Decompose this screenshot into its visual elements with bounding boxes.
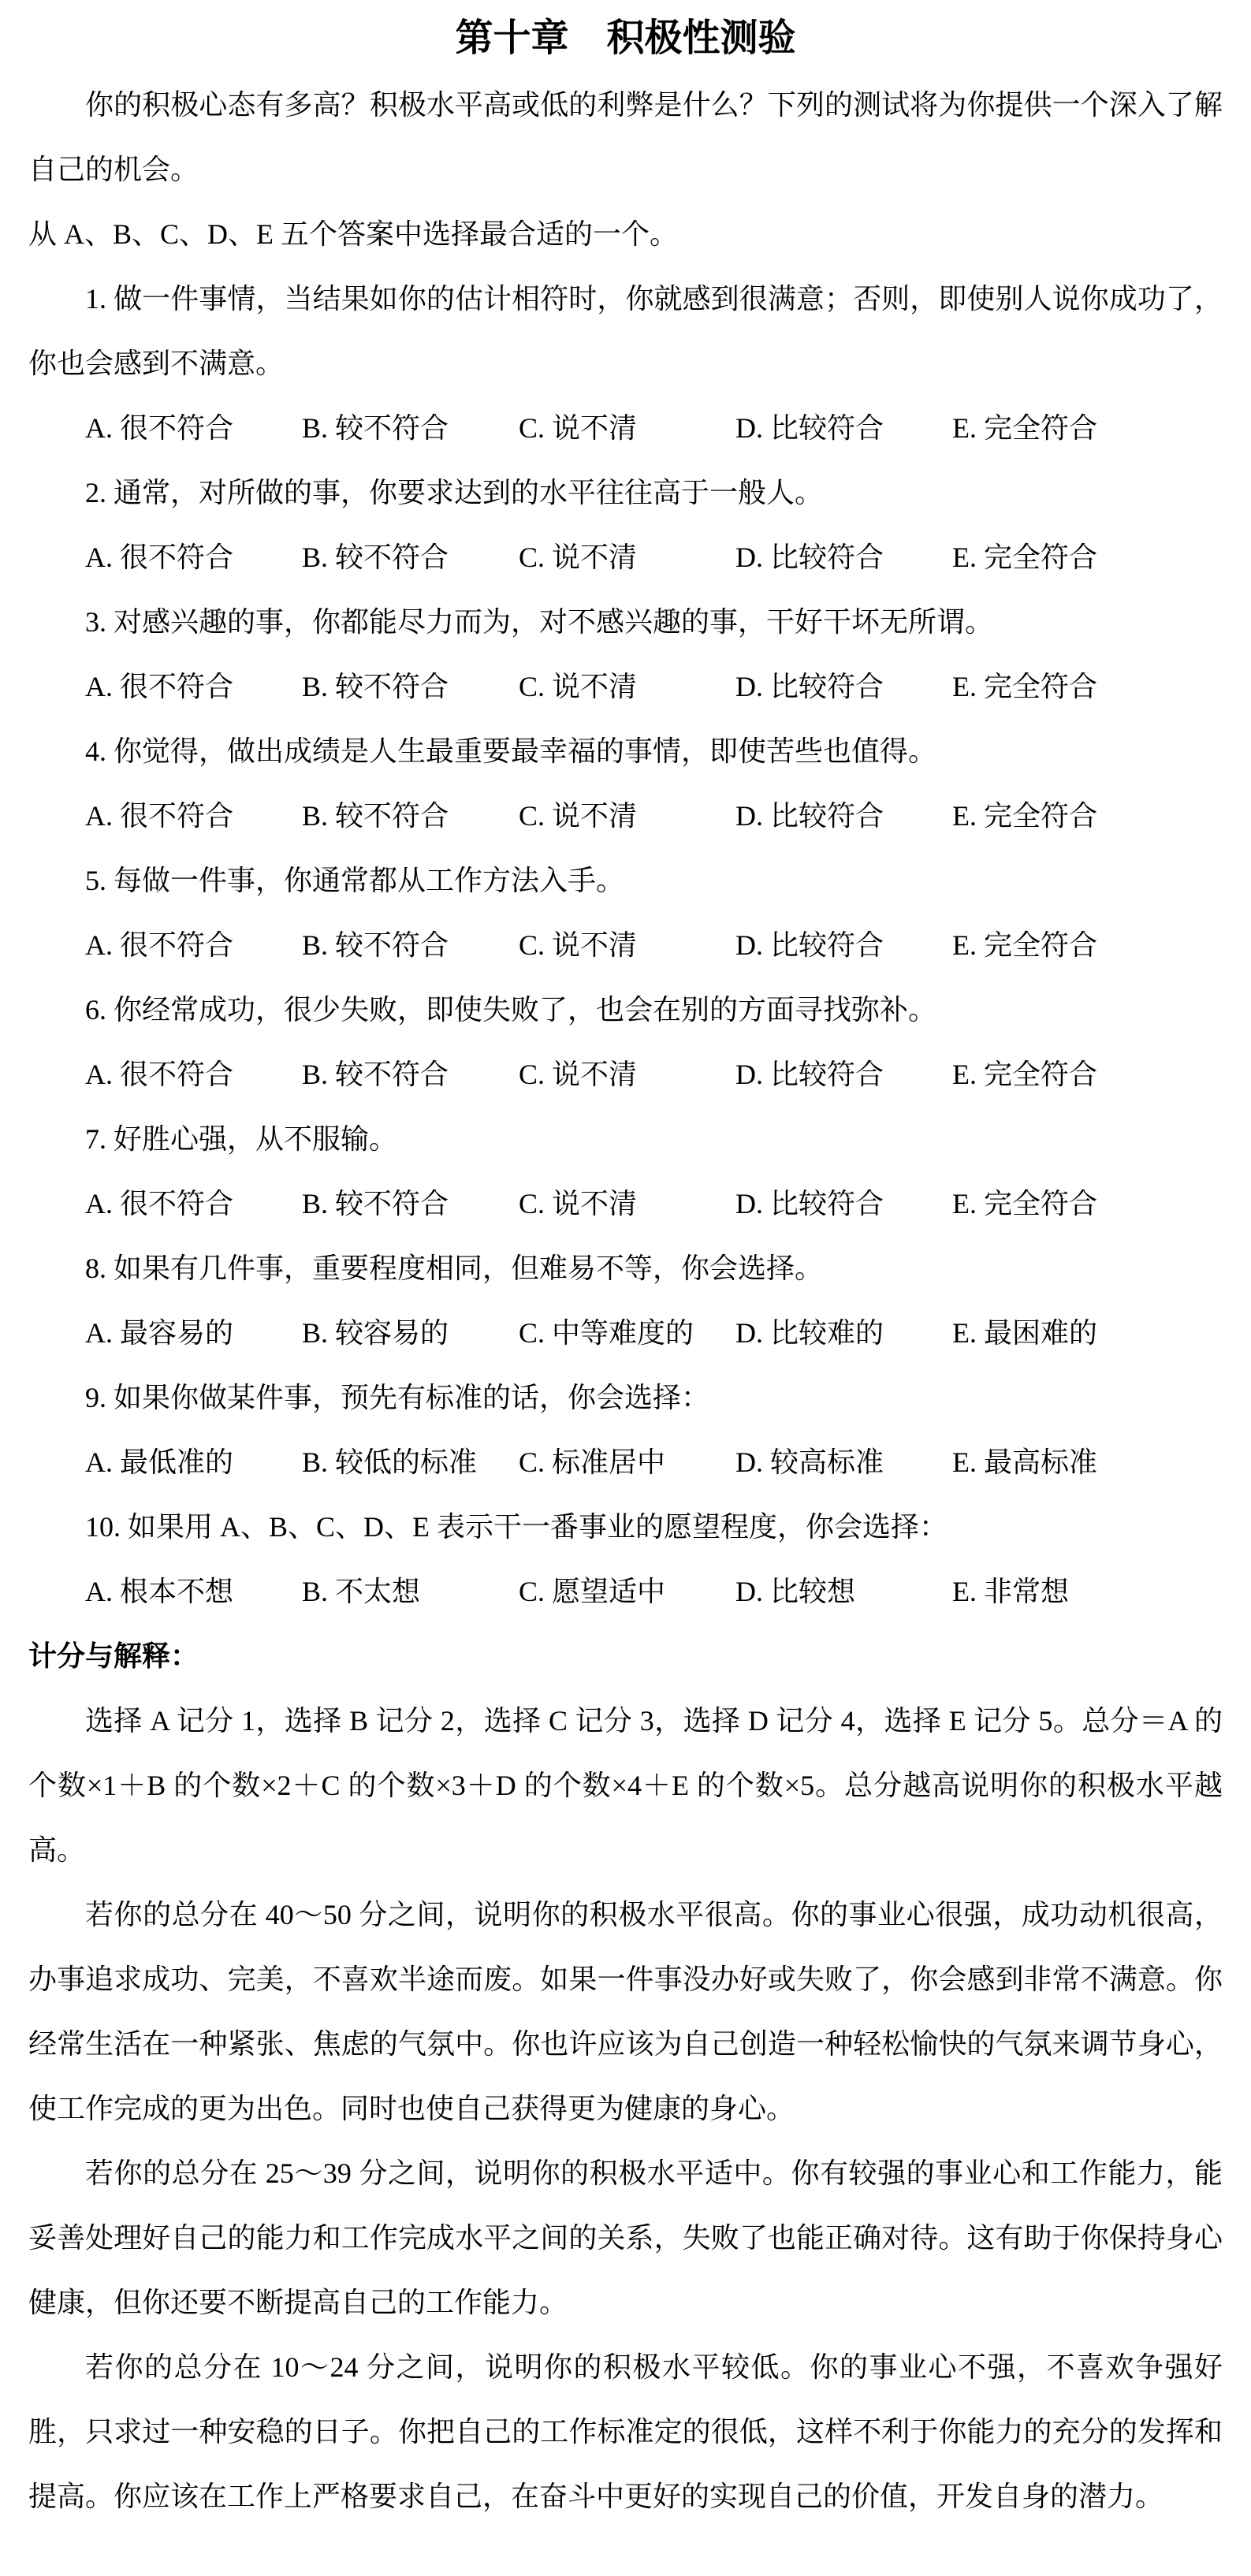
option-a: A. 最低准的: [85, 1430, 302, 1495]
option-a: A. 最容易的: [85, 1301, 302, 1365]
intro-paragraph: 你的积极心态有多高？积极水平高或低的利弊是什么？下列的测试将为你提供一个深入了解…: [28, 73, 1223, 202]
option-e: E. 完全符合: [952, 1171, 1097, 1236]
interpretation-medium-paragraph: 若你的总分在 25～39 分之间，说明你的积极水平适中。你有较强的事业心和工作能…: [28, 2141, 1223, 2335]
option-a: A. 很不符合: [85, 784, 302, 848]
option-a: A. 很不符合: [85, 913, 302, 977]
question-6: 6. 你经常成功，很少失败，即使失败了，也会在别的方面寻找弥补。 A. 很不符合…: [28, 977, 1223, 1107]
option-c: C. 说不清: [519, 654, 735, 719]
question-text: 2. 通常，对所做的事，你要求达到的水平往往高于一般人。: [28, 460, 1223, 525]
question-text: 8. 如果有几件事，重要程度相同，但难易不等，你会选择。: [28, 1236, 1223, 1301]
question-text: 10. 如果用 A、B、C、D、E 表示干一番事业的愿望程度，你会选择：: [28, 1495, 1223, 1559]
option-e: E. 非常想: [952, 1559, 1069, 1624]
option-c: C. 中等难度的: [519, 1301, 735, 1365]
option-c: C. 说不清: [519, 1171, 735, 1236]
option-b: B. 较不符合: [302, 1171, 519, 1236]
option-a: A. 很不符合: [85, 1042, 302, 1107]
option-b: B. 较不符合: [302, 784, 519, 848]
option-a: A. 很不符合: [85, 654, 302, 719]
option-b: B. 不太想: [302, 1559, 519, 1624]
option-b: B. 较容易的: [302, 1301, 519, 1365]
scoring-heading: 计分与解释：: [28, 1624, 1223, 1688]
option-d: D. 比较想: [735, 1559, 952, 1624]
options-row: A. 很不符合B. 较不符合C. 说不清D. 比较符合E. 完全符合: [28, 396, 1223, 460]
question-7: 7. 好胜心强，从不服输。 A. 很不符合B. 较不符合C. 说不清D. 比较符…: [28, 1107, 1223, 1236]
question-text: 6. 你经常成功，很少失败，即使失败了，也会在别的方面寻找弥补。: [28, 977, 1223, 1042]
instruction-line: 从 A、B、C、D、E 五个答案中选择最合适的一个。: [28, 202, 1223, 266]
interpretation-high-paragraph: 若你的总分在 40～50 分之间，说明你的积极水平很高。你的事业心很强，成功动机…: [28, 1882, 1223, 2141]
option-b: B. 较低的标准: [302, 1430, 519, 1495]
option-c: C. 说不清: [519, 525, 735, 590]
option-b: B. 较不符合: [302, 913, 519, 977]
option-a: A. 很不符合: [85, 1171, 302, 1236]
question-text: 7. 好胜心强，从不服输。: [28, 1107, 1223, 1171]
option-e: E. 完全符合: [952, 525, 1097, 590]
chapter-title: 第十章 积极性测验: [28, 5, 1223, 73]
interpretation-low-paragraph: 若你的总分在 10～24 分之间，说明你的积极水平较低。你的事业心不强，不喜欢争…: [28, 2335, 1223, 2529]
option-c: C. 愿望适中: [519, 1559, 735, 1624]
question-8: 8. 如果有几件事，重要程度相同，但难易不等，你会选择。 A. 最容易的B. 较…: [28, 1236, 1223, 1365]
question-text: 4. 你觉得，做出成绩是人生最重要最幸福的事情，即使苦些也值得。: [28, 719, 1223, 784]
option-c: C. 说不清: [519, 784, 735, 848]
option-d: D. 比较符合: [735, 396, 952, 460]
option-a: A. 根本不想: [85, 1559, 302, 1624]
options-row: A. 根本不想B. 不太想C. 愿望适中D. 比较想E. 非常想: [28, 1559, 1223, 1624]
scoring-rule-paragraph: 选择 A 记分 1，选择 B 记分 2，选择 C 记分 3，选择 D 记分 4，…: [28, 1688, 1223, 1882]
option-d: D. 比较符合: [735, 654, 952, 719]
options-row: A. 很不符合B. 较不符合C. 说不清D. 比较符合E. 完全符合: [28, 913, 1223, 977]
option-d: D. 比较符合: [735, 1171, 952, 1236]
question-text: 5. 每做一件事，你通常都从工作方法入手。: [28, 848, 1223, 913]
option-e: E. 完全符合: [952, 654, 1097, 719]
question-3: 3. 对感兴趣的事，你都能尽力而为，对不感兴趣的事，干好干坏无所谓。 A. 很不…: [28, 590, 1223, 719]
option-d: D. 比较难的: [735, 1301, 952, 1365]
option-e: E. 最困难的: [952, 1301, 1097, 1365]
option-e: E. 完全符合: [952, 784, 1097, 848]
options-row: A. 很不符合B. 较不符合C. 说不清D. 比较符合E. 完全符合: [28, 654, 1223, 719]
options-row: A. 很不符合B. 较不符合C. 说不清D. 比较符合E. 完全符合: [28, 784, 1223, 848]
document-page: 第十章 积极性测验 你的积极心态有多高？积极水平高或低的利弊是什么？下列的测试将…: [0, 0, 1251, 2576]
question-1: 1. 做一件事情，当结果如你的估计相符时，你就感到很满意；否则，即使别人说你成功…: [28, 266, 1223, 460]
question-5: 5. 每做一件事，你通常都从工作方法入手。 A. 很不符合B. 较不符合C. 说…: [28, 848, 1223, 977]
question-text: 9. 如果你做某件事，预先有标准的话，你会选择：: [28, 1365, 1223, 1430]
option-c: C. 说不清: [519, 913, 735, 977]
option-b: B. 较不符合: [302, 1042, 519, 1107]
option-e: E. 最高标准: [952, 1430, 1097, 1495]
option-e: E. 完全符合: [952, 1042, 1097, 1107]
option-c: C. 标准居中: [519, 1430, 735, 1495]
question-2: 2. 通常，对所做的事，你要求达到的水平往往高于一般人。 A. 很不符合B. 较…: [28, 460, 1223, 590]
question-text: 3. 对感兴趣的事，你都能尽力而为，对不感兴趣的事，干好干坏无所谓。: [28, 590, 1223, 654]
options-row: A. 很不符合B. 较不符合C. 说不清D. 比较符合E. 完全符合: [28, 1171, 1223, 1236]
options-row: A. 很不符合B. 较不符合C. 说不清D. 比较符合E. 完全符合: [28, 1042, 1223, 1107]
option-e: E. 完全符合: [952, 913, 1097, 977]
question-text: 1. 做一件事情，当结果如你的估计相符时，你就感到很满意；否则，即使别人说你成功…: [28, 266, 1223, 396]
option-b: B. 较不符合: [302, 654, 519, 719]
option-d: D. 较高标准: [735, 1430, 952, 1495]
option-b: B. 较不符合: [302, 396, 519, 460]
option-e: E. 完全符合: [952, 396, 1097, 460]
question-10: 10. 如果用 A、B、C、D、E 表示干一番事业的愿望程度，你会选择： A. …: [28, 1495, 1223, 1624]
options-row: A. 最低准的B. 较低的标准C. 标准居中D. 较高标准E. 最高标准: [28, 1430, 1223, 1495]
option-a: A. 很不符合: [85, 396, 302, 460]
option-d: D. 比较符合: [735, 1042, 952, 1107]
option-d: D. 比较符合: [735, 913, 952, 977]
option-d: D. 比较符合: [735, 784, 952, 848]
option-c: C. 说不清: [519, 1042, 735, 1107]
question-9: 9. 如果你做某件事，预先有标准的话，你会选择： A. 最低准的B. 较低的标准…: [28, 1365, 1223, 1495]
option-b: B. 较不符合: [302, 525, 519, 590]
question-4: 4. 你觉得，做出成绩是人生最重要最幸福的事情，即使苦些也值得。 A. 很不符合…: [28, 719, 1223, 848]
option-c: C. 说不清: [519, 396, 735, 460]
option-d: D. 比较符合: [735, 525, 952, 590]
options-row: A. 最容易的B. 较容易的C. 中等难度的D. 比较难的E. 最困难的: [28, 1301, 1223, 1365]
option-a: A. 很不符合: [85, 525, 302, 590]
options-row: A. 很不符合B. 较不符合C. 说不清D. 比较符合E. 完全符合: [28, 525, 1223, 590]
